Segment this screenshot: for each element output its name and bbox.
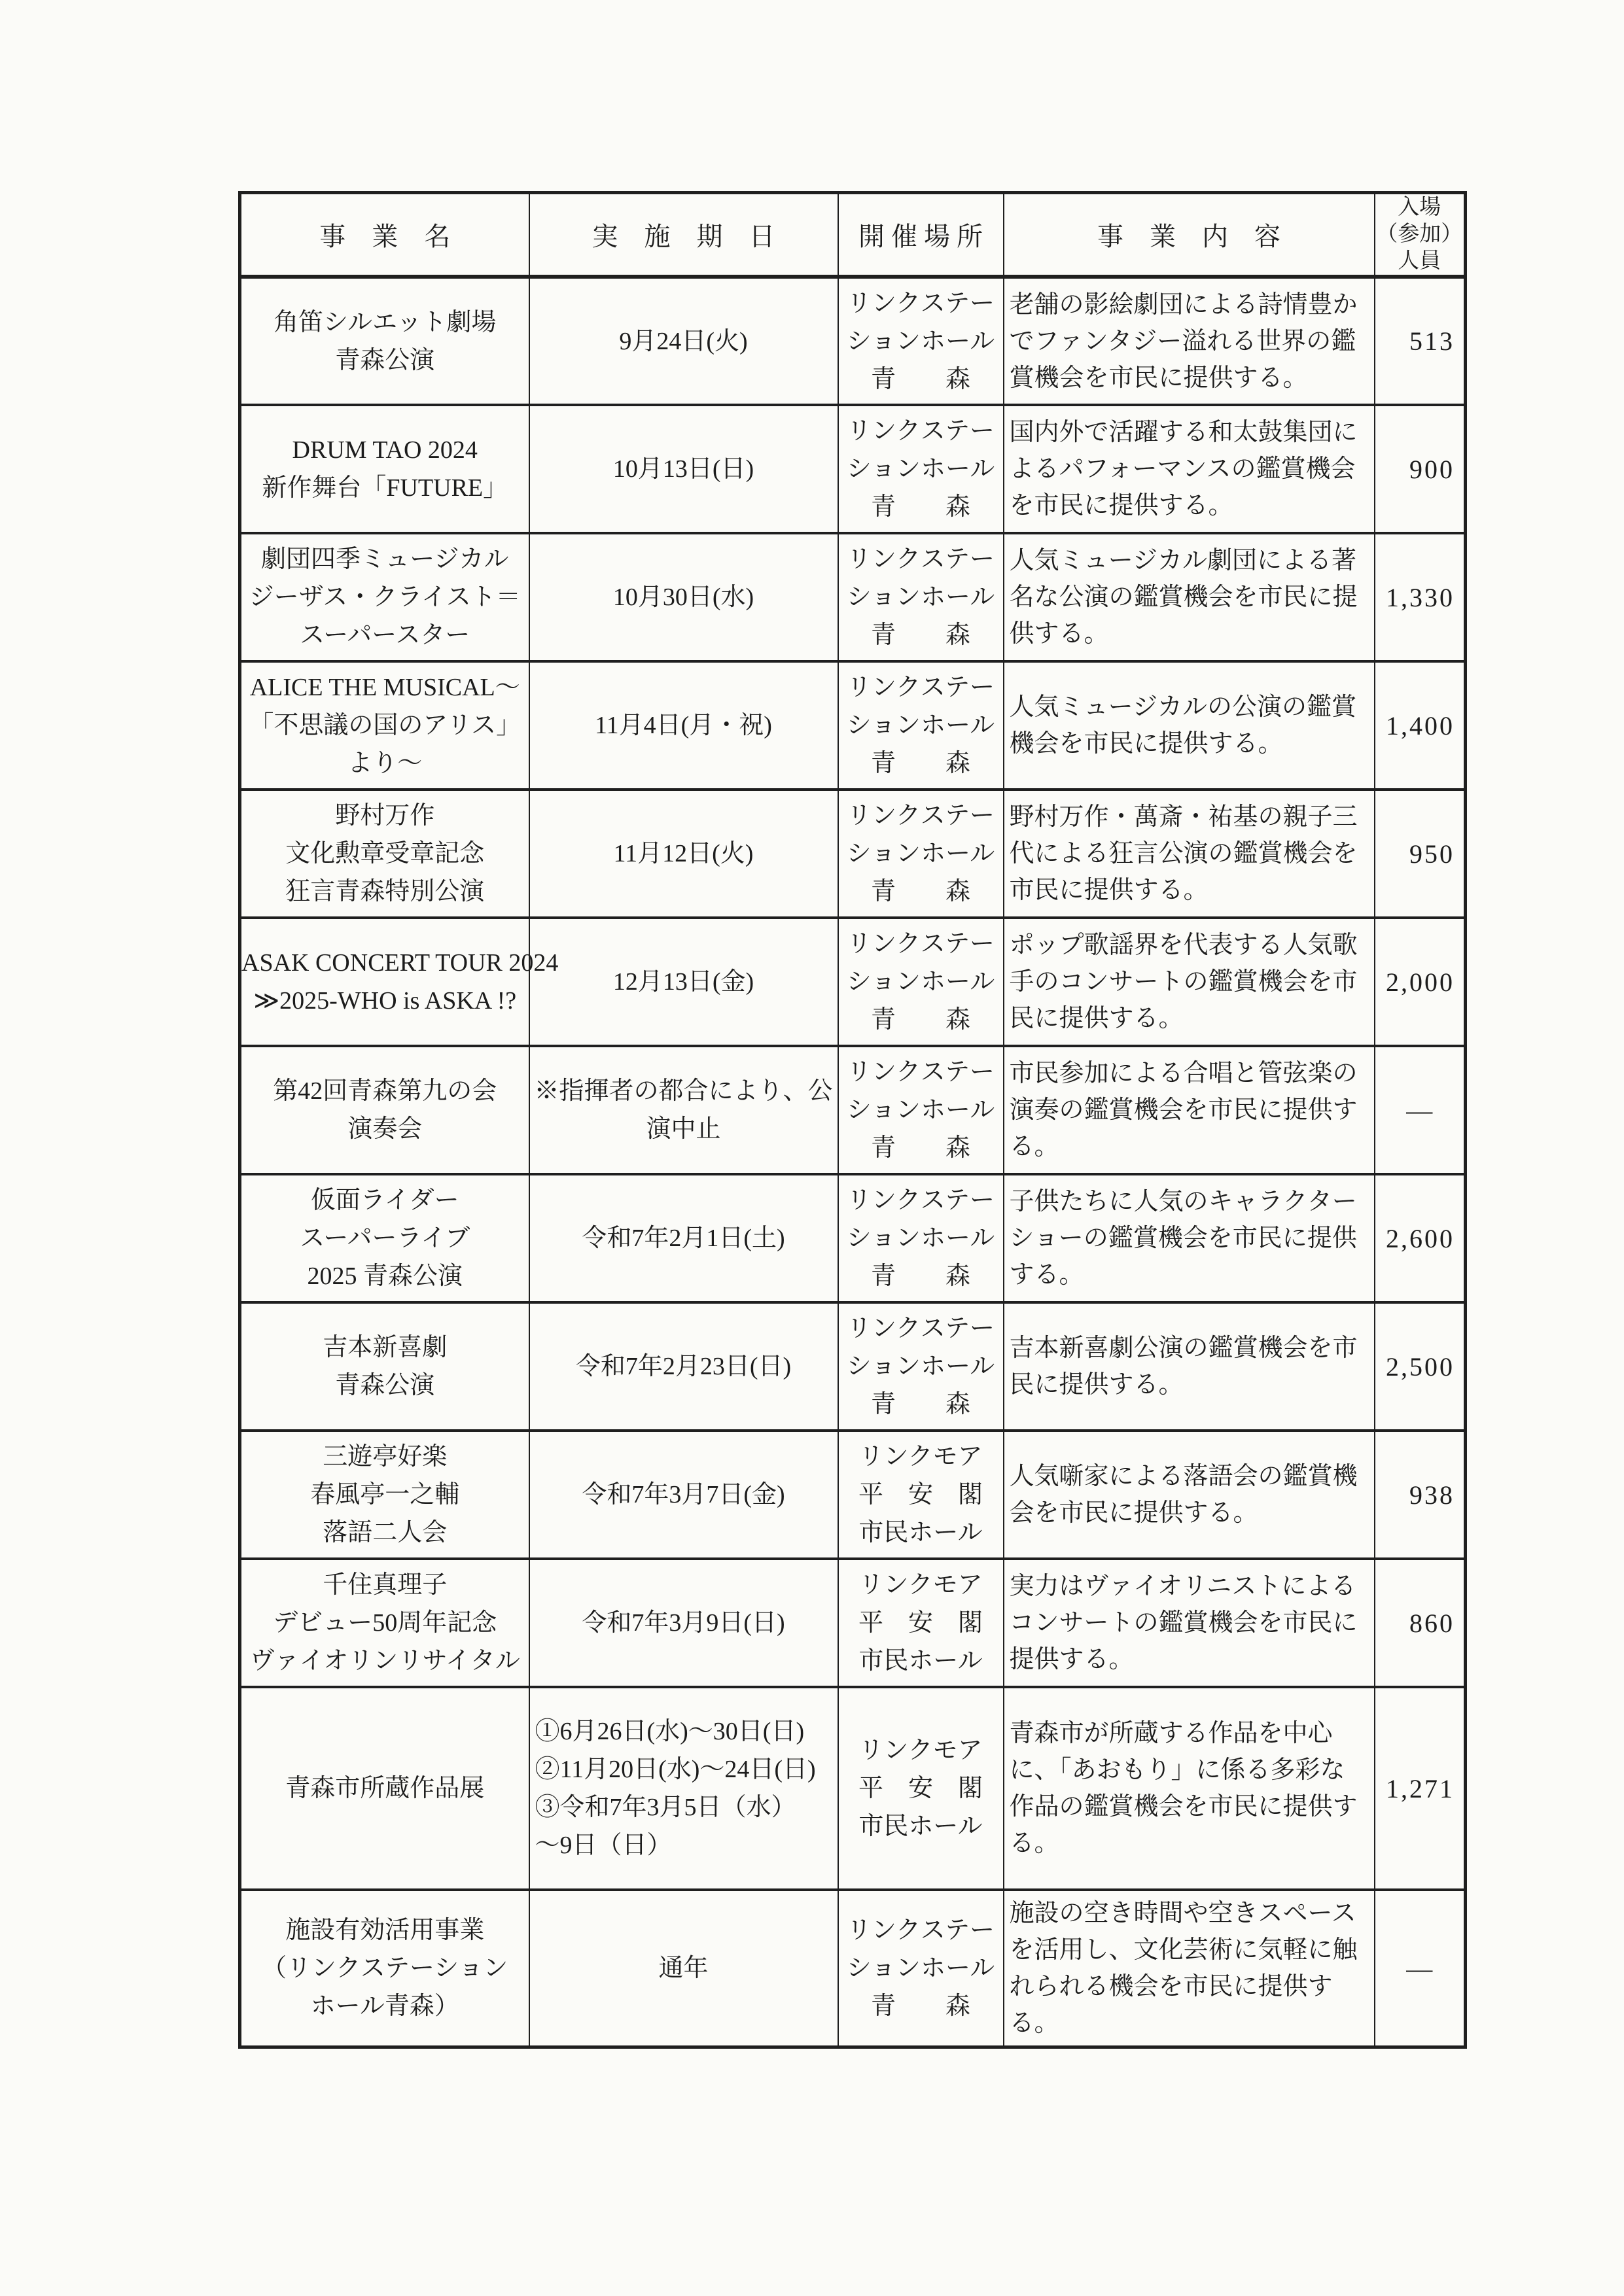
description-cell: 老舗の影絵劇団による詩情豊かでファンタジー溢れる世界の鑑賞機会を市民に提供する。 [1004,277,1375,405]
header-date: 実 施 期 日 [529,193,838,277]
attendance-cell: — [1375,1046,1466,1174]
venue-cell: リンクステーションホール青 森 [838,918,1004,1046]
project-name-cell: 施設有効活用事業（リンクステーションホール青森） [240,1890,529,2047]
header-description: 事 業 内 容 [1004,193,1375,277]
description-cell: 実力はヴァイオリニストによるコンサートの鑑賞機会を市民に提供する。 [1004,1559,1375,1687]
attendance-cell: 2,500 [1375,1302,1466,1431]
project-name-cell: 吉本新喜劇青森公演 [240,1302,529,1431]
header-project-name: 事 業 名 [240,193,529,277]
table-row: ASAK CONCERT TOUR 2024≫2025-WHO is ASKA … [240,918,1466,1046]
table-row: 千住真理子デビュー50周年記念ヴァイオリンリサイタル 令和7年3月9日(日) リ… [240,1559,1466,1687]
date-cell: 12月13日(金) [529,918,838,1046]
table-row: ALICE THE MUSICAL～「不思議の国のアリス」より～ 11月4日(月… [240,661,1466,790]
venue-cell: リンクステーションホール青 森 [838,790,1004,918]
project-name-cell: 角笛シルエット劇場青森公演 [240,277,529,405]
scanned-document-page: { "page": { "paper_color": "#fbfbf8", "i… [0,0,1624,2296]
venue-cell: リンクステーションホール青 森 [838,1174,1004,1302]
table-row: 施設有効活用事業（リンクステーションホール青森） 通年 リンクステーションホール… [240,1890,1466,2047]
project-name-cell: 仮面ライダースーパーライブ2025 青森公演 [240,1174,529,1302]
attendance-cell: 950 [1375,790,1466,918]
venue-cell: リンクステーションホール青 森 [838,1302,1004,1431]
table-row: 第42回青森第九の会演奏会 ※指揮者の都合により、公演中止 リンクステーションホ… [240,1046,1466,1174]
description-cell: 人気噺家による落語会の鑑賞機会を市民に提供する。 [1004,1431,1375,1559]
venue-cell: リンクステーションホール青 森 [838,1890,1004,2047]
table-row: 劇団四季ミュージカルジーザス・クライスト＝スーパースター 10月30日(水) リ… [240,533,1466,661]
description-cell: 施設の空き時間や空きスペースを活用し、文化芸術に気軽に触れられる機会を市民に提供… [1004,1890,1375,2047]
attendance-cell: 1,330 [1375,533,1466,661]
date-cell: 令和7年3月9日(日) [529,1559,838,1687]
document-table: 事 業 名 実 施 期 日 開 催 場 所 事 業 内 容 入場 （参加） 人員… [238,191,1467,2049]
table-header-row: 事 業 名 実 施 期 日 開 催 場 所 事 業 内 容 入場 （参加） 人員 [240,193,1466,277]
date-cell: 10月30日(水) [529,533,838,661]
attendance-cell: 2,600 [1375,1174,1466,1302]
venue-cell: リンクステーションホール青 森 [838,277,1004,405]
header-venue: 開 催 場 所 [838,193,1004,277]
venue-cell: リンクモア平 安 閣市民ホール [838,1559,1004,1687]
header-attendance-line: 入場 [1375,194,1464,221]
description-cell: 市民参加による合唱と管弦楽の演奏の鑑賞機会を市民に提供する。 [1004,1046,1375,1174]
project-name-cell: 第42回青森第九の会演奏会 [240,1046,529,1174]
venue-cell: リンクステーションホール青 森 [838,405,1004,533]
date-cell: 令和7年2月1日(土) [529,1174,838,1302]
project-name-cell: 野村万作文化勲章受章記念狂言青森特別公演 [240,790,529,918]
description-cell: ポップ歌謡界を代表する人気歌手のコンサートの鑑賞機会を市民に提供する。 [1004,918,1375,1046]
attendance-cell: 513 [1375,277,1466,405]
table-row: 三遊亭好楽春風亭一之輔落語二人会 令和7年3月7日(金) リンクモア平 安 閣市… [240,1431,1466,1559]
project-name-cell: ALICE THE MUSICAL～「不思議の国のアリス」より～ [240,661,529,790]
description-cell: 野村万作・萬斎・祐基の親子三代による狂言公演の鑑賞機会を市民に提供する。 [1004,790,1375,918]
project-name-cell: ASAK CONCERT TOUR 2024≫2025-WHO is ASKA … [240,918,529,1046]
project-name-cell: 劇団四季ミュージカルジーザス・クライスト＝スーパースター [240,533,529,661]
venue-cell: リンクステーションホール青 森 [838,533,1004,661]
table-row: 角笛シルエット劇場青森公演 9月24日(火) リンクステーションホール青 森 老… [240,277,1466,405]
description-cell: 人気ミュージカル劇団による著名な公演の鑑賞機会を市民に提供する。 [1004,533,1375,661]
attendance-cell: 2,000 [1375,918,1466,1046]
description-cell: 国内外で活躍する和太鼓集団によるパフォーマンスの鑑賞機会を市民に提供する。 [1004,405,1375,533]
header-attendance: 入場 （参加） 人員 [1375,193,1466,277]
attendance-cell: 900 [1375,405,1466,533]
venue-cell: リンクモア平 安 閣市民ホール [838,1687,1004,1890]
table-row: 青森市所蔵作品展 ①6月26日(水)～30日(日)②11月20日(水)～24日(… [240,1687,1466,1890]
date-cell: 10月13日(日) [529,405,838,533]
venue-cell: リンクステーションホール青 森 [838,661,1004,790]
table-row: 仮面ライダースーパーライブ2025 青森公演 令和7年2月1日(土) リンクステ… [240,1174,1466,1302]
project-name-cell: 青森市所蔵作品展 [240,1687,529,1890]
description-cell: 吉本新喜劇公演の鑑賞機会を市民に提供する。 [1004,1302,1375,1431]
project-name-cell: 千住真理子デビュー50周年記念ヴァイオリンリサイタル [240,1559,529,1687]
venue-cell: リンクステーションホール青 森 [838,1046,1004,1174]
date-cell: 11月4日(月・祝) [529,661,838,790]
attendance-cell: 938 [1375,1431,1466,1559]
date-cell: 11月12日(火) [529,790,838,918]
project-name-cell: 三遊亭好楽春風亭一之輔落語二人会 [240,1431,529,1559]
table-body: 角笛シルエット劇場青森公演 9月24日(火) リンクステーションホール青 森 老… [240,277,1466,2047]
date-cell: ※指揮者の都合により、公演中止 [529,1046,838,1174]
date-cell: 9月24日(火) [529,277,838,405]
attendance-cell: 1,271 [1375,1687,1466,1890]
header-attendance-line: 人員 [1375,248,1464,275]
attendance-cell: 860 [1375,1559,1466,1687]
description-cell: 人気ミュージカルの公演の鑑賞機会を市民に提供する。 [1004,661,1375,790]
attendance-cell: 1,400 [1375,661,1466,790]
date-cell: 通年 [529,1890,838,2047]
description-cell: 青森市が所蔵する作品を中心に、「あおもり」に係る多彩な作品の鑑賞機会を市民に提供… [1004,1687,1375,1890]
attendance-cell: — [1375,1890,1466,2047]
header-attendance-line: （参加） [1375,221,1464,248]
date-cell: 令和7年3月7日(金) [529,1431,838,1559]
description-cell: 子供たちに人気のキャラクターショーの鑑賞機会を市民に提供する。 [1004,1174,1375,1302]
date-cell: ①6月26日(水)～30日(日)②11月20日(水)～24日(日)③令和7年3月… [529,1687,838,1890]
date-cell: 令和7年2月23日(日) [529,1302,838,1431]
project-name-cell: DRUM TAO 2024新作舞台「FUTURE」 [240,405,529,533]
table-row: 吉本新喜劇青森公演 令和7年2月23日(日) リンクステーションホール青 森 吉… [240,1302,1466,1431]
venue-cell: リンクモア平 安 閣市民ホール [838,1431,1004,1559]
table-row: DRUM TAO 2024新作舞台「FUTURE」 10月13日(日) リンクス… [240,405,1466,533]
table-row: 野村万作文化勲章受章記念狂言青森特別公演 11月12日(火) リンクステーション… [240,790,1466,918]
